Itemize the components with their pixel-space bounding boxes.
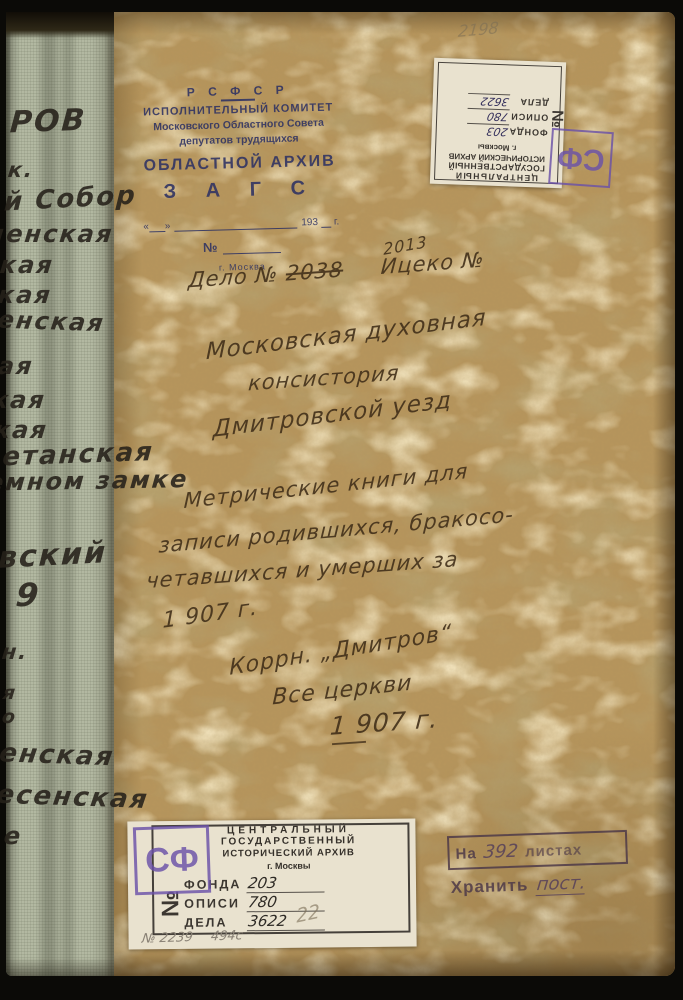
spine-text-line: женская xyxy=(0,305,107,338)
year-suffix: г. xyxy=(334,216,340,227)
spine-text-line: н. xyxy=(1,640,30,664)
pencil-inventory-number: 2198 xyxy=(457,18,499,41)
spine-text-line: кая xyxy=(0,251,55,279)
spine-text-line: е xyxy=(3,822,24,850)
row-value-handwritten: 3622 xyxy=(465,93,510,108)
spine-text-line: РОВ xyxy=(9,103,88,141)
stamp-soviet: Московского Областного Совета xyxy=(136,116,340,133)
blank-line xyxy=(321,216,331,228)
zags-archive-stamp: Р С Ф С Р ИСПОЛНИТЕЛЬНЫЙ КОМИТЕТ Московс… xyxy=(136,81,345,274)
spine-text-line: ремном замке xyxy=(0,465,190,497)
spine-text-line: кая xyxy=(0,281,53,309)
stamp-oblast-archive: ОБЛАСТНОЙ АРХИВ xyxy=(137,152,341,175)
spine-text-line: ая xyxy=(0,352,35,380)
blank-line xyxy=(174,217,297,232)
archival-book-cover-photo: РОВ к. й Собор ченская кая кая женская а… xyxy=(0,0,683,1000)
spine-text-line: кая xyxy=(0,386,47,414)
spine-text-line: к. xyxy=(7,158,36,182)
label-top-flipped-content: ЦЕНТРАЛЬНЫЙ ГОСУДАРСТВЕННЫЙ ИСТОРИЧЕСКИЙ… xyxy=(430,58,566,189)
stamp-word-na: На xyxy=(455,845,477,863)
pencil-number: № 2239 xyxy=(141,930,194,947)
sf-stamp-top: СФ xyxy=(548,128,614,188)
sheet-count-box: На 392 листах xyxy=(447,830,628,870)
handwritten-sheet-count: 392 xyxy=(483,841,520,863)
stamp-date-line: « » 193 г. xyxy=(139,215,343,232)
row-value-handwritten: 203 xyxy=(246,873,327,893)
spine-text-line: ая xyxy=(0,682,18,704)
spine-text-line: 9 xyxy=(14,576,42,614)
stamp-zags: З А Г С xyxy=(138,176,343,204)
blank-line xyxy=(149,220,165,232)
spine-text-line: сенская xyxy=(0,738,116,772)
spine-text-line: ресенская xyxy=(0,779,151,815)
handwritten-keep-value: пост. xyxy=(535,872,586,896)
stamp-word-listah: листах xyxy=(525,841,583,860)
label-number-sign: № xyxy=(547,110,566,127)
spine-text-line: ченская xyxy=(0,220,115,248)
stamp-word-keep: Хранить xyxy=(450,875,528,898)
spine-text-line: о xyxy=(1,706,18,728)
sf-stamp-bottom: СФ xyxy=(133,825,211,896)
spine-text-line: вский xyxy=(0,535,108,576)
year-prefix: 193 xyxy=(301,217,318,228)
sheet-count-stamp: На 392 листах Хранить пост. xyxy=(447,830,629,899)
stamp-committee: ИСПОЛНИТЕЛЬНЫЙ КОМИТЕТ xyxy=(136,101,340,118)
case-number-struck: 2038 xyxy=(285,257,344,285)
stamp-number-line: № xyxy=(140,236,344,256)
stamp-underline xyxy=(221,99,255,102)
number-sign: № xyxy=(203,240,218,255)
row-value-handwritten: 780 xyxy=(465,108,510,123)
spine-top-shadow xyxy=(6,12,114,38)
stamp-deputies: депутатов трудящихся xyxy=(137,131,341,148)
quote-close: » xyxy=(165,221,171,232)
archive-label-top: ЦЕНТРАЛЬНЫЙ ГОСУДАРСТВЕННЫЙ ИСТОРИЧЕСКИЙ… xyxy=(430,58,566,189)
pencil-code: 494с xyxy=(210,928,244,944)
spine-text-line: кая xyxy=(0,416,49,444)
row-value-handwritten: 203 xyxy=(464,123,509,138)
blank-line xyxy=(222,241,280,255)
